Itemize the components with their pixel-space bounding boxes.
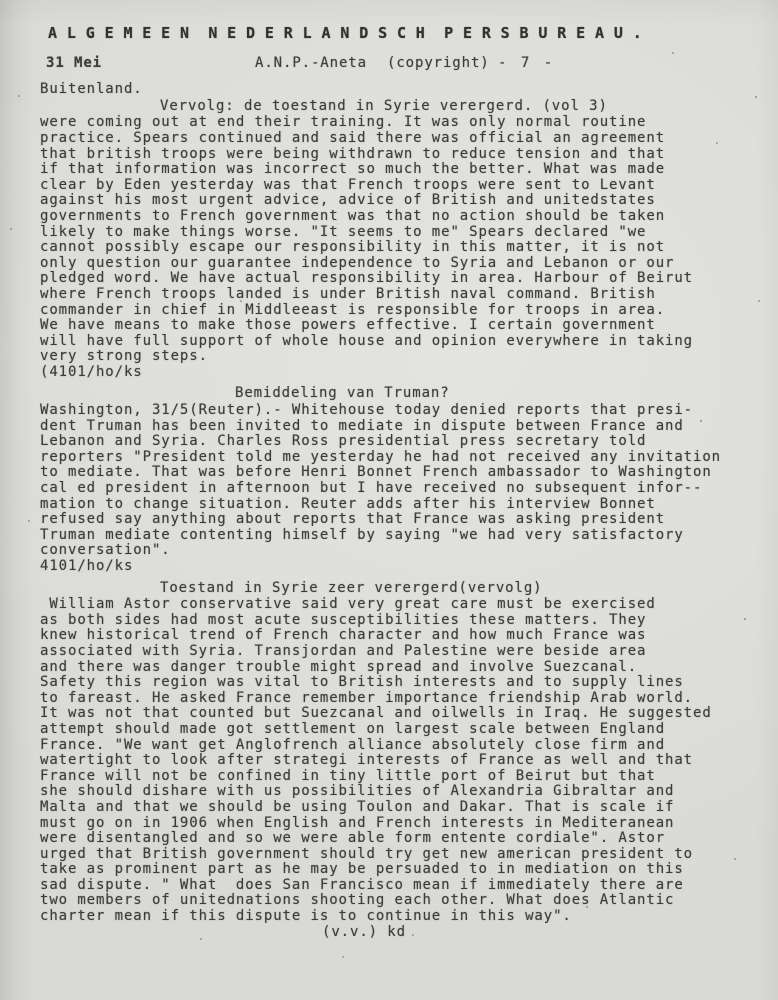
text-line: will have full support of whole house an… (40, 334, 750, 350)
article-body: Washington, 31/5(Reuter).- Whitehouse to… (40, 403, 750, 559)
text-line: refused say anything about reports that … (40, 512, 750, 528)
masthead: A L G E M E E N N E D E R L A N D S C H … (48, 26, 750, 42)
sign-off: (v.v.) kd (40, 925, 750, 941)
text-line: It was not that counted but Suezcanal an… (40, 706, 750, 722)
article-heading: Toestand in Syrie zeer verergerd(vervolg… (40, 581, 750, 597)
article-syria-1: Vervolg: de toestand in Syrie verergerd.… (40, 99, 750, 381)
article-heading: Vervolg: de toestand in Syrie verergerd.… (40, 99, 750, 115)
text-line: Safety this region was vital to British … (40, 675, 750, 691)
text-line: pledged word. We have actual responsibil… (40, 271, 750, 287)
sign-off: (4101/ho/ks (40, 365, 750, 381)
scanned-page: A L G E M E E N N E D E R L A N D S C H … (0, 0, 778, 1000)
text-line: take as prominent part as he may be pers… (40, 862, 750, 878)
article-body: William Astor conservative said very gre… (40, 597, 750, 924)
page-number: - 7 - (498, 56, 555, 72)
paper-speckles (0, 0, 2, 2)
text-line: only question our guarantee independence… (40, 256, 750, 272)
text-line: practice. Spears continued and said ther… (40, 131, 750, 147)
text-line: attempt should made got settlement on la… (40, 722, 750, 738)
text-line: Malta and that we should be using Toulon… (40, 800, 750, 816)
text-line: two members of unitednations shooting ea… (40, 893, 750, 909)
text-line: dent Truman has been invited to mediate … (40, 419, 750, 435)
text-line: that british troops were being withdrawn… (40, 147, 750, 163)
article-heading: Bemiddeling van Truman? (40, 386, 750, 402)
text-line: must go on in 1906 when English and Fren… (40, 816, 750, 832)
section-label: Buitenland. (40, 82, 750, 98)
text-line: commander in chief in Middleeast is resp… (40, 303, 750, 319)
text-line: watertight to look after strategi intere… (40, 753, 750, 769)
text-line: associated with Syria. Transjordan and P… (40, 644, 750, 660)
text-line: very strong steps. (40, 349, 750, 365)
text-line: conversation". (40, 543, 750, 559)
text-line: were disentangled and so we were able fo… (40, 831, 750, 847)
text-line: she should dishare with us possibilities… (40, 784, 750, 800)
text-line: where French troops landed is under Brit… (40, 287, 750, 303)
text-line: likely to make things worse. "It seems t… (40, 225, 750, 241)
article-syria-2: Toestand in Syrie zeer verergerd(vervolg… (40, 581, 750, 941)
text-line: were coming out at end their training. I… (40, 115, 750, 131)
date-label: 31 Mei (46, 56, 102, 72)
text-line: charter mean if this dispute is to conti… (40, 909, 750, 925)
copyright-label: (copyright) (387, 56, 490, 72)
text-line: if that information was incorrect so muc… (40, 162, 750, 178)
text-line: cal ed president in afternoon but I have… (40, 481, 750, 497)
text-line: and there was danger trouble might sprea… (40, 660, 750, 676)
text-line: to fareast. He asked France remember imp… (40, 691, 750, 707)
text-line: Lebanon and Syria. Charles Ross presiden… (40, 434, 750, 450)
text-line: We have means to make those powers effec… (40, 318, 750, 334)
meta-row: 31 Mei A.N.P.-Aneta (copyright) - 7 - (40, 56, 750, 72)
text-line: against his most urgent advice, advice o… (40, 193, 750, 209)
text-line: urged that British government should try… (40, 847, 750, 863)
text-line: France. "We want get Anglofrench allianc… (40, 738, 750, 754)
text-line: cannot possibly escape our responsibilit… (40, 240, 750, 256)
article-body: were coming out at end their training. I… (40, 115, 750, 365)
article-truman: Bemiddeling van Truman? Washington, 31/5… (40, 386, 750, 574)
agency-credit: A.N.P.-Aneta (255, 56, 367, 72)
text-line: clear by Eden yesterday was that French … (40, 178, 750, 194)
sign-off: 4101/ho/ks (40, 559, 750, 575)
text-line: knew historical trend of French characte… (40, 628, 750, 644)
text-line: mation to change situation. Reuter adds … (40, 497, 750, 513)
text-line: governments to French government was tha… (40, 209, 750, 225)
page-content: A L G E M E E N N E D E R L A N D S C H … (40, 26, 750, 940)
text-line: William Astor conservative said very gre… (40, 597, 750, 613)
text-line: to mediate. That was before Henri Bonnet… (40, 465, 750, 481)
text-line: Washington, 31/5(Reuter).- Whitehouse to… (40, 403, 750, 419)
text-line: France will not be confined in tiny litt… (40, 769, 750, 785)
